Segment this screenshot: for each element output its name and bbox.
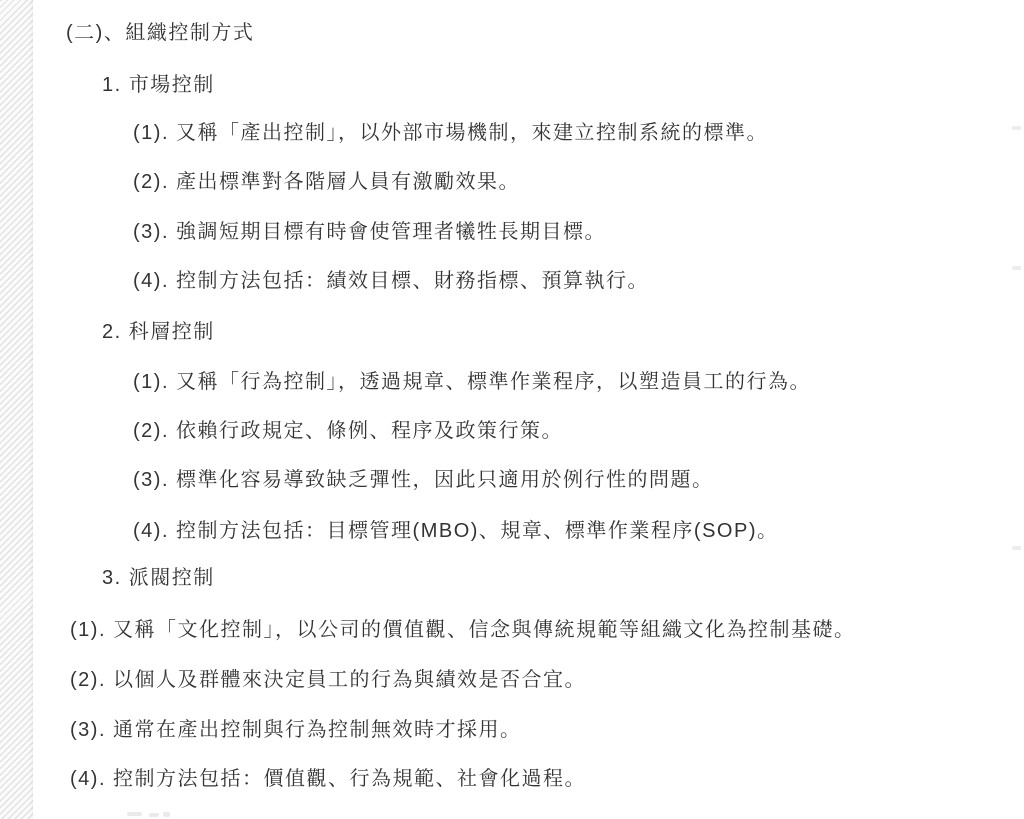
section-1-item-2: (2). 產出標準對各階層人員有激勵效果。 <box>133 169 520 195</box>
section-3-item-3: (3). 通常在產出控制與行為控制無效時才採用。 <box>70 717 522 743</box>
page-edge-mark <box>1012 126 1021 130</box>
section-1-item-1: (1). 又稱「產出控制」，以外部市場機制，來建立控制系統的標準。 <box>133 120 768 146</box>
section-2-heading: 2. 科層控制 <box>102 319 215 345</box>
page-edge-mark <box>1012 266 1021 270</box>
section-3-heading: 3. 派閥控制 <box>102 565 215 591</box>
section-2-item-2: (2). 依賴行政規定、條例、程序及政策行策。 <box>133 418 563 444</box>
cutoff-text-fragment <box>127 812 142 816</box>
section-3-item-4: (4). 控制方法包括：價值觀、行為規範、社會化過程。 <box>70 766 586 792</box>
section-3-item-1: (1). 又稱「文化控制」，以公司的價值觀、信念與傳統規範等組織文化為控制基礎。 <box>70 617 856 643</box>
page-title: (二)、組織控制方式 <box>66 20 254 46</box>
section-1-item-3: (3). 強調短期目標有時會使管理者犧牲長期目標。 <box>133 219 606 245</box>
page-edge-mark <box>1012 546 1021 550</box>
document-content: (二)、組織控制方式 1. 市場控制 (1). 又稱「產出控制」，以外部市場機制… <box>0 0 1024 819</box>
section-3-item-2: (2). 以個人及群體來決定員工的行為與績效是否合宜。 <box>70 667 586 693</box>
section-2-item-1: (1). 又稱「行為控制」，透過規章、標準作業程序，以塑造員工的行為。 <box>133 369 811 395</box>
cutoff-text-fragment <box>163 812 170 817</box>
section-2-item-3: (3). 標準化容易導致缺乏彈性，因此只適用於例行性的問題。 <box>133 467 714 493</box>
section-1-heading: 1. 市場控制 <box>102 72 215 98</box>
cutoff-text-fragment <box>149 813 159 817</box>
section-1-item-4: (4). 控制方法包括：績效目標、財務指標、預算執行。 <box>133 268 649 294</box>
section-2-item-4: (4). 控制方法包括：目標管理(MBO)、規章、標準作業程序(SOP)。 <box>133 518 779 544</box>
